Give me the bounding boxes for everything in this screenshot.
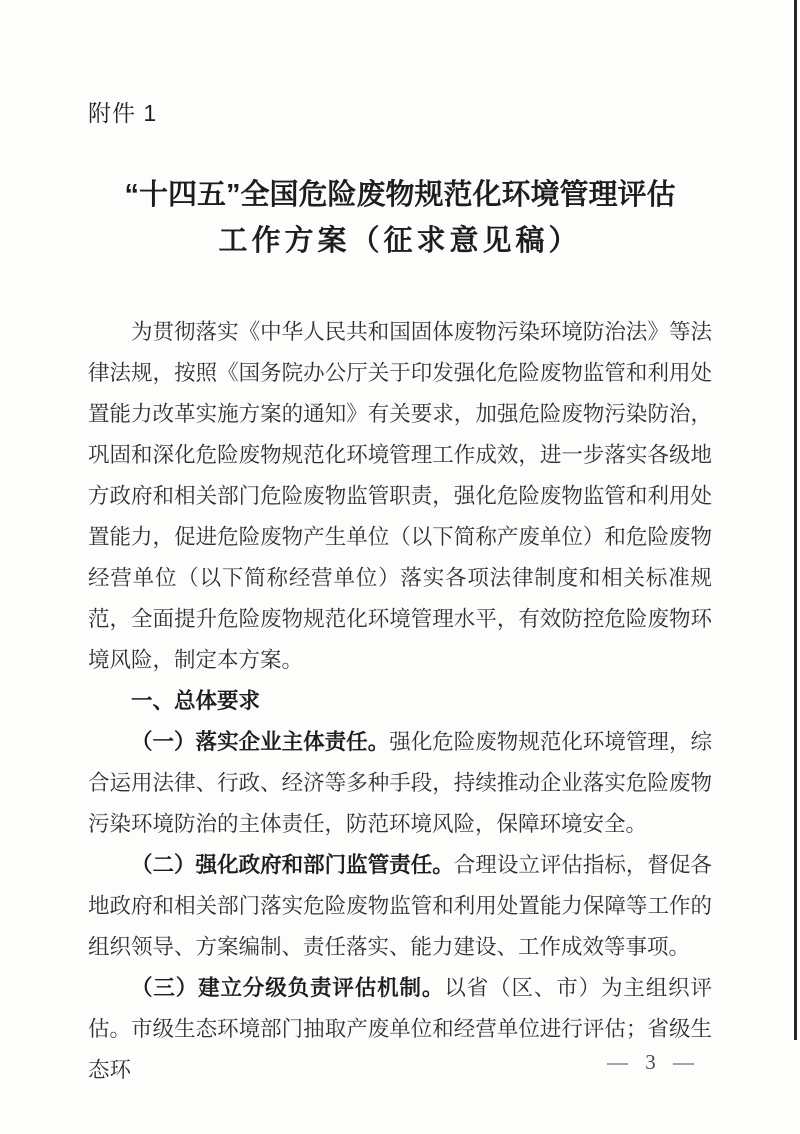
document-title-line-2: 工作方案（征求意见稿） [0,218,800,264]
item-1-lead: （一）落实企业主体责任。 [131,730,389,754]
document-body: 为贯彻落实《中华人民共和国固体废物污染环境防治法》等法律法规，按照《国务院办公厅… [88,312,712,1091]
attachment-label: 附件 1 [88,95,157,128]
item-paragraph-2: （二）强化政府和部门监管责任。合理设立评估指标，督促各地政府和相关部门落实危险废… [88,845,712,968]
item-3-lead: （三）建立分级负责评估机制。 [131,976,444,1000]
item-paragraph-1: （一）落实企业主体责任。强化危险废物规范化环境管理，综合运用法律、行政、经济等多… [88,722,712,845]
item-2-lead: （二）强化政府和部门监管责任。 [131,853,454,877]
scan-edge-line [794,0,797,1040]
page-number: — 3 — [607,1050,700,1075]
document-title-line-1: “十四五”全国危险废物规范化环境管理评估 [0,172,800,218]
document-title: “十四五”全国危险废物规范化环境管理评估 工作方案（征求意见稿） [0,172,800,264]
section-heading-overall-requirements: 一、总体要求 [88,681,712,722]
scanned-document-page: 附件 1 “十四五”全国危险废物规范化环境管理评估 工作方案（征求意见稿） 为贯… [0,0,800,1134]
intro-paragraph: 为贯彻落实《中华人民共和国固体废物污染环境防治法》等法律法规，按照《国务院办公厅… [88,312,712,681]
